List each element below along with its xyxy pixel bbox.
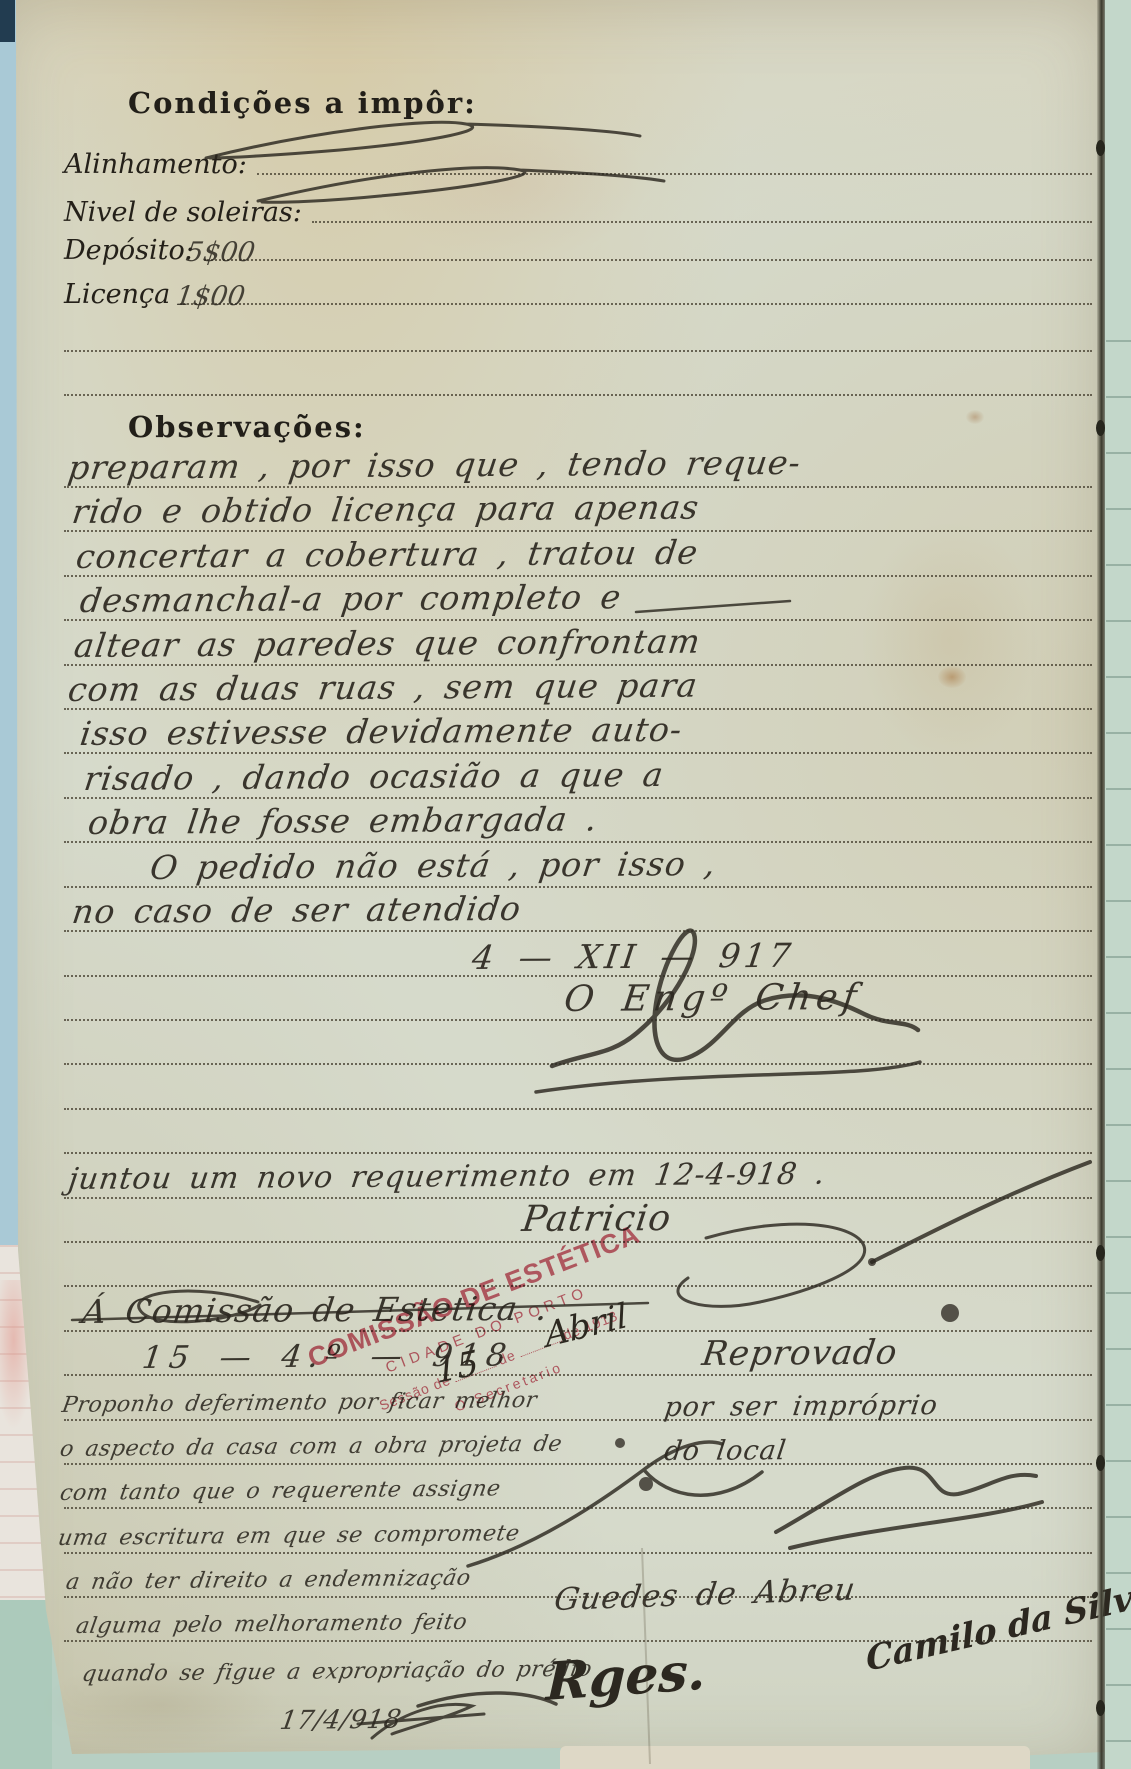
side-page-rule bbox=[1106, 1684, 1131, 1686]
dotted-rule bbox=[64, 1063, 1092, 1065]
observation-line: desmanchal-a por completo e bbox=[78, 579, 624, 619]
side-page-rule bbox=[1106, 1740, 1131, 1742]
dotted-line bbox=[312, 221, 1092, 223]
binding-stitch bbox=[1096, 1700, 1105, 1716]
page-binding-line bbox=[1097, 0, 1105, 1769]
dotted-rule bbox=[64, 619, 1092, 621]
field-label: Depósito: bbox=[64, 237, 204, 264]
field-deposito: Depósito: 5$00 bbox=[64, 228, 1092, 264]
left-corner-dark bbox=[0, 0, 15, 42]
side-page-rule bbox=[1106, 396, 1131, 398]
scanned-permit-page: Condições a impôr: Alinhamento: Nivel de… bbox=[0, 0, 1131, 1769]
addendum-note: juntou um novo requerimento em 12-4-918 … bbox=[66, 1157, 828, 1198]
field-label: Licença bbox=[64, 281, 180, 308]
right-page-edge bbox=[1104, 0, 1131, 1769]
field-licenca: Licença 1$00 bbox=[64, 272, 1092, 308]
field-nivel-soleiras: Nivel de soleiras: bbox=[64, 190, 1092, 226]
observation-line: altear as paredes que confrontam bbox=[72, 624, 703, 664]
observation-closing-line: no caso de ser atendido bbox=[70, 891, 524, 930]
conditions-title: Condições a impôr: bbox=[128, 86, 477, 120]
dotted-rule bbox=[64, 1419, 1092, 1421]
side-page-rule bbox=[1106, 620, 1131, 622]
proposal-line: a não ter direito a endemnização bbox=[64, 1566, 473, 1596]
side-page-rule bbox=[1106, 676, 1131, 678]
side-page-rule bbox=[1106, 788, 1131, 790]
proposal-line: com tanto que o requerente assigne bbox=[58, 1476, 503, 1507]
side-page-rule bbox=[1106, 1516, 1131, 1518]
side-page-rule bbox=[1106, 844, 1131, 846]
observation-closing-line: O pedido não está , por isso , bbox=[148, 846, 718, 886]
side-page-rule bbox=[1106, 1236, 1131, 1238]
side-page-rule bbox=[1106, 900, 1131, 902]
side-page-rule bbox=[1106, 1348, 1131, 1350]
verdict-reason-1: por ser impróprio bbox=[662, 1388, 940, 1426]
proposal-line: alguma pelo melhoramento feito bbox=[74, 1610, 469, 1640]
side-page-rule bbox=[1106, 732, 1131, 734]
side-page-rule bbox=[1106, 1012, 1131, 1014]
side-page-rule bbox=[1106, 1124, 1131, 1126]
dotted-rule bbox=[64, 1152, 1092, 1154]
side-page-rule bbox=[1106, 1180, 1131, 1182]
observation-line: risado , dando ocasião a que a bbox=[82, 757, 666, 797]
stamp-session-mid: de bbox=[496, 1347, 518, 1368]
engineer-signoff: O Engº Chef bbox=[562, 980, 863, 1018]
proposal-line: o aspecto da casa com a obra projeta de bbox=[58, 1432, 564, 1463]
left-page-edge-blue bbox=[0, 0, 18, 1265]
initials-signature: Rges. bbox=[545, 1641, 707, 1713]
dotted-line bbox=[180, 303, 1092, 305]
left-bottom-edge bbox=[0, 1600, 52, 1769]
dotted-rule bbox=[64, 1507, 1092, 1509]
dotted-rule bbox=[64, 752, 1092, 754]
observation-line: com as duas ruas , sem que para bbox=[66, 668, 700, 708]
dotted-line bbox=[204, 259, 1092, 261]
side-page-rule bbox=[1106, 956, 1131, 958]
dotted-line bbox=[257, 173, 1092, 175]
binding-stitch bbox=[1096, 420, 1105, 436]
side-page-rule bbox=[1106, 1068, 1131, 1070]
field-alinhamento: Alinhamento: bbox=[64, 142, 1092, 178]
dotted-rule bbox=[64, 1552, 1092, 1554]
verdict-reason-2: do local bbox=[662, 1433, 789, 1470]
verdict-word: Reprovado bbox=[700, 1335, 900, 1372]
side-page-rule bbox=[1106, 564, 1131, 566]
torn-paper-strip bbox=[560, 1746, 1030, 1769]
side-page-rule bbox=[1106, 1628, 1131, 1630]
dotted-rule bbox=[64, 1108, 1092, 1110]
observation-line: obra lhe fosse embargada . bbox=[86, 801, 600, 841]
field-label: Nivel de soleiras: bbox=[64, 199, 312, 226]
field-label: Alinhamento: bbox=[64, 151, 257, 178]
binding-stitch bbox=[1096, 1245, 1105, 1261]
dotted-rule bbox=[64, 350, 1092, 352]
binding-stitch bbox=[1096, 140, 1105, 156]
field-value: 1$00 bbox=[174, 281, 247, 312]
side-page-rule bbox=[1106, 1460, 1131, 1462]
dotted-rule bbox=[64, 930, 1092, 932]
binding-stitch bbox=[1096, 1455, 1105, 1471]
dotted-rule bbox=[64, 841, 1092, 843]
side-page-rule bbox=[1106, 1572, 1131, 1574]
observation-line: rido e obtido licença para apenas bbox=[70, 490, 701, 530]
observation-line: preparam , por isso que , tendo reque- bbox=[66, 445, 803, 486]
side-page-rule bbox=[1106, 508, 1131, 510]
side-page-rule bbox=[1106, 452, 1131, 454]
observation-line: concertar a cobertura , tratou de bbox=[74, 535, 701, 575]
observation-line: isso estivesse devidamente auto- bbox=[78, 712, 685, 752]
field-value: 5$00 bbox=[184, 237, 257, 268]
dispatch-date: 4 — XII — 917 bbox=[470, 938, 797, 976]
decision-date: 17/4/918 bbox=[278, 1707, 403, 1734]
proposal-line: uma escritura em que se compromete bbox=[56, 1521, 522, 1552]
proposal-line: quando se figue a expropriação do prédio bbox=[80, 1657, 594, 1688]
dotted-rule bbox=[64, 1463, 1092, 1465]
side-page-rule bbox=[1106, 340, 1131, 342]
observations-title: Observações: bbox=[128, 410, 366, 444]
dotted-rule bbox=[64, 530, 1092, 532]
dotted-rule bbox=[64, 394, 1092, 396]
side-page-rule bbox=[1106, 1404, 1131, 1406]
side-page-rule bbox=[1106, 1292, 1131, 1294]
